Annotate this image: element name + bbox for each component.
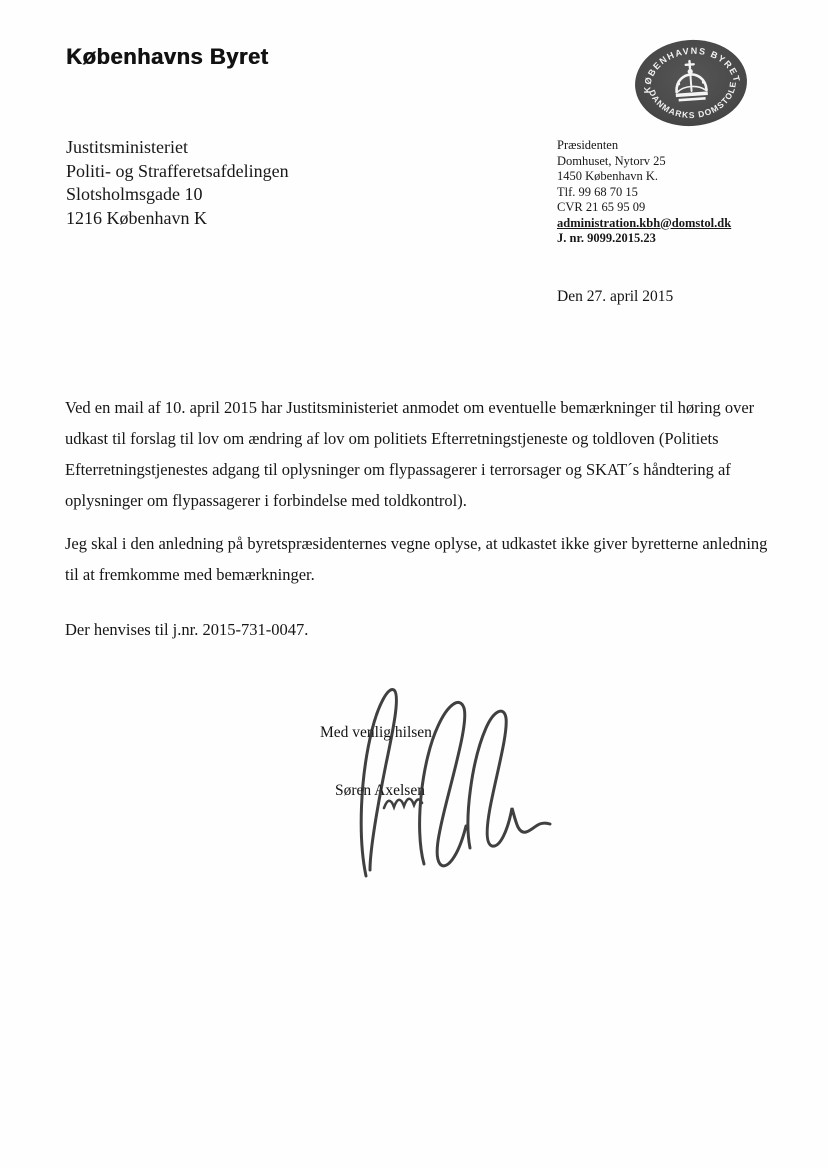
recipient-line: Politi- og Strafferetsafdelingen [66,160,289,184]
recipient-line: 1216 København K [66,207,289,231]
body-paragraph-2: Jeg skal i den anledning på byretspræsid… [65,528,777,590]
recipient-address-block: Justitsministeriet Politi- og Strafferet… [66,136,289,230]
court-name-heading: Københavns Byret [66,44,268,70]
court-seal-image: KØBENHAVNS BYRET DANMARKS DOMSTOLE [630,32,752,134]
sender-cvr: CVR 21 65 95 09 [557,200,731,216]
reference-line: Der henvises til j.nr. 2015-731-0047. [65,614,777,645]
court-seal: KØBENHAVNS BYRET DANMARKS DOMSTOLE [630,32,752,139]
handwritten-signature [320,668,560,888]
sender-address-line: 1450 København K. [557,169,731,185]
case-number: J. nr. 9099.2015.23 [557,231,731,247]
sender-phone: Tlf. 99 68 70 15 [557,185,731,201]
sender-info-block: Præsidenten Domhuset, Nytorv 25 1450 Køb… [557,138,731,247]
sender-address-line: Domhuset, Nytorv 25 [557,154,731,170]
letter-date: Den 27. april 2015 [557,288,673,306]
letter-page: Københavns Byret KØBENHAVNS BYRET DANMAR… [0,0,828,1169]
sender-email: administration.kbh@domstol.dk [557,216,731,232]
closing-salutation: Med venlig hilsen [320,724,432,742]
signature-icon [320,668,560,883]
signer-name: Søren Axelsen [335,782,425,800]
body-paragraph-1: Ved en mail af 10. april 2015 har Justit… [65,392,777,516]
recipient-line: Slotsholmsgade 10 [66,183,289,207]
recipient-line: Justitsministeriet [66,136,289,160]
sender-title: Præsidenten [557,138,731,154]
